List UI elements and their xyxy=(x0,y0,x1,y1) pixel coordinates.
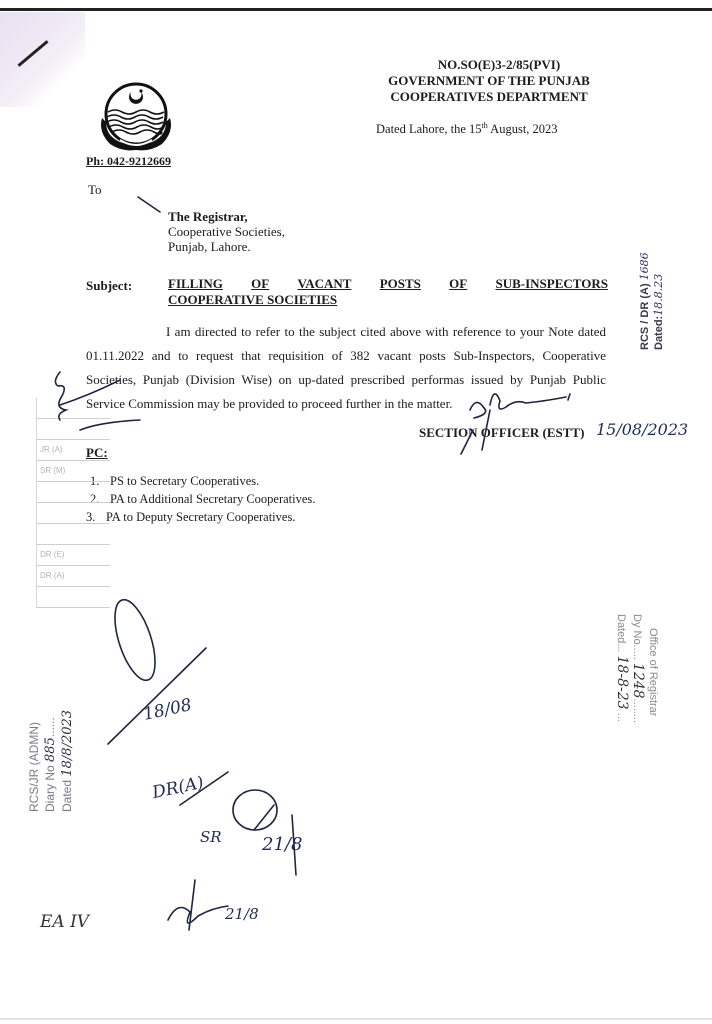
arrow-stroke xyxy=(108,648,206,744)
body-paragraph: I am directed to refer to the subject ci… xyxy=(86,320,606,416)
phone-number: Ph: 042-9212669 xyxy=(86,154,171,169)
government-title: GOVERNMENT OF THE PUNJAB xyxy=(360,73,618,89)
routing-grid-cell: JR (A) xyxy=(36,440,110,461)
subject-word: OF xyxy=(251,276,269,292)
addressee-block: The Registrar, Cooperative Societies, Pu… xyxy=(168,209,285,254)
subject-label: Subject: xyxy=(86,278,132,294)
addressee-name: The Registrar, xyxy=(168,209,285,224)
subject-word: SUB-INSPECTORS xyxy=(495,276,607,292)
copy-to-list: 1.PS to Secretary Cooperatives.2.PA to A… xyxy=(90,472,315,526)
subject-line-2: COOPERATIVE SOCIETIES xyxy=(168,292,608,308)
signatory-designation: SECTION OFFICER (ESTT) xyxy=(419,425,584,441)
routing-grid-cell xyxy=(36,587,110,608)
office-registrar-stamp: Office of Registrar Dy No..... 1248.....… xyxy=(613,614,660,723)
scan-top-edge xyxy=(0,8,712,11)
subject-word: OF xyxy=(449,276,467,292)
routing-grid-cell xyxy=(36,524,110,545)
handwritten-signature xyxy=(168,880,228,930)
punjab-emblem-icon xyxy=(94,78,178,156)
routing-grid-cell xyxy=(36,419,110,440)
reference-number: NO.SO(E)3-2/85(PVI) xyxy=(360,57,618,73)
rcs-dr-stamp: RCS / DR (A) 1686 Dated:18.8.23 xyxy=(638,252,666,350)
letterhead-block: NO.SO(E)3-2/85(PVI) GOVERNMENT OF THE PU… xyxy=(360,57,618,105)
routing-grid-cell xyxy=(36,482,110,503)
letter-date: Dated Lahore, the 15th August, 2023 xyxy=(376,121,558,137)
copy-to-item: 1.PS to Secretary Cooperatives. xyxy=(90,472,315,490)
subject-word: FILLING xyxy=(168,276,223,292)
subject-word: POSTS xyxy=(380,276,421,292)
handwritten-note-dr: DR(A) xyxy=(150,773,205,803)
circle-initials xyxy=(233,790,277,830)
letter-body: I am directed to refer to the subject ci… xyxy=(86,320,606,416)
copy-to-item: 2.PA to Additional Secretary Cooperative… xyxy=(90,490,315,508)
handwritten-note-date: 18/08 xyxy=(141,695,193,725)
scan-shadow xyxy=(0,12,85,107)
handwritten-note-ea: EA IV xyxy=(40,912,89,932)
addressee-tick-mark xyxy=(138,197,160,212)
diary-stamp: RCS/JR (ADMN) Diary No 885...... Dated 1… xyxy=(26,710,76,812)
routing-grid-cell: DR (A) xyxy=(36,566,110,587)
addressee-line-2: Cooperative Societies, xyxy=(168,224,285,239)
to-label: To xyxy=(88,182,102,198)
subject-word: VACANT xyxy=(298,276,352,292)
addressee-line-3: Punjab, Lahore. xyxy=(168,239,285,254)
circle-annotation xyxy=(107,595,163,685)
routing-grid-cell: DR (E) xyxy=(36,545,110,566)
subject-text: FILLINGOFVACANTPOSTSOFSUB-INSPECTORS COO… xyxy=(168,276,608,308)
handwritten-note-date-2: 21/8 xyxy=(262,834,302,855)
signature-date: 15/08/2023 xyxy=(596,420,688,439)
scan-bottom-edge xyxy=(0,1018,712,1020)
routing-grid-cell xyxy=(36,503,110,524)
copy-to-item: 3.PA to Deputy Secretary Cooperatives. xyxy=(86,508,315,526)
routing-grid-cell xyxy=(36,398,110,419)
routing-stamp-grid: JR (A)SR (M)DR (E)DR (A) xyxy=(36,398,110,608)
department-title: COOPERATIVES DEPARTMENT xyxy=(360,89,618,105)
handwritten-note-sr: SR xyxy=(200,828,222,846)
routing-grid-cell: SR (M) xyxy=(36,461,110,482)
subject-line-1: FILLINGOFVACANTPOSTSOFSUB-INSPECTORS xyxy=(168,276,608,292)
handwritten-note-date-3: 21/8 xyxy=(225,905,259,923)
